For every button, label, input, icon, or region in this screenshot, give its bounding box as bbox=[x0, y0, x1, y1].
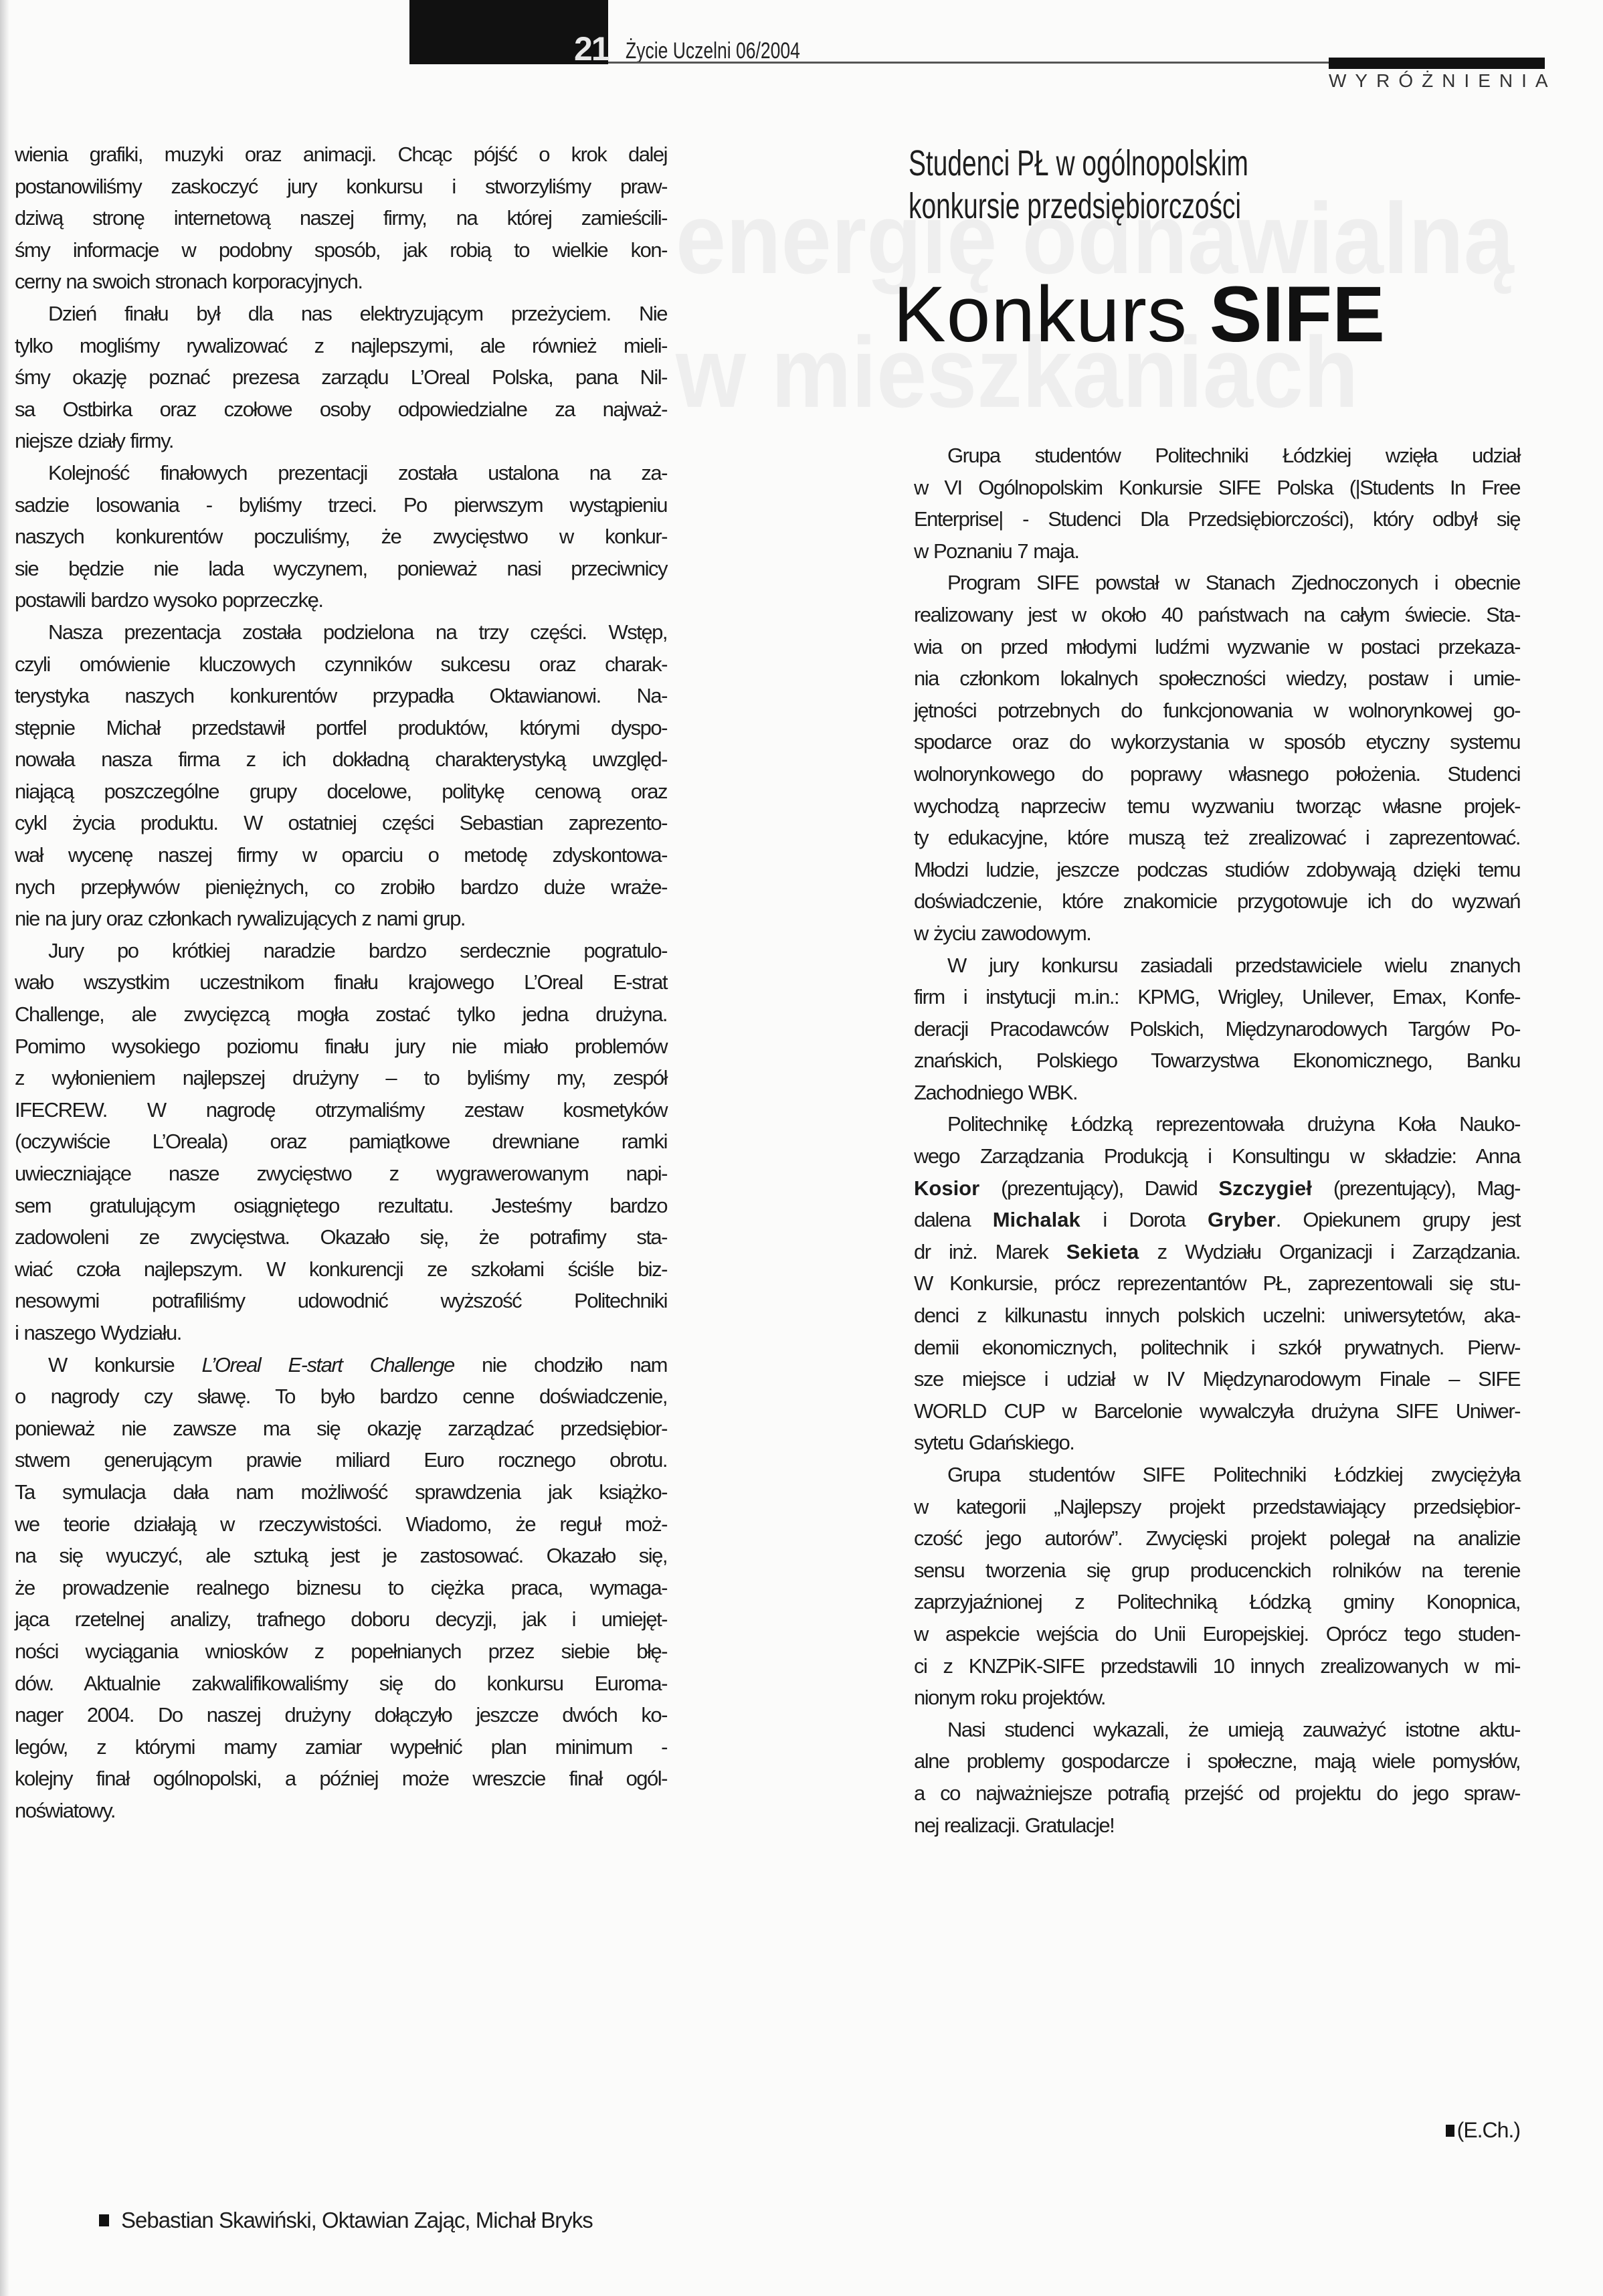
text-line: nesowymi potrafiliśmy udowodnić wyższość… bbox=[15, 1285, 667, 1317]
text-line: w Poznaniu 7 maja. bbox=[914, 535, 1520, 567]
text-line: alne problemy gospodarcze i społeczne, m… bbox=[914, 1745, 1520, 1777]
text-line: Program SIFE powstał w Stanach Zjednoczo… bbox=[914, 567, 1520, 599]
text-line: dów. Aktualnie zakwalifikowaliśmy się do… bbox=[15, 1668, 667, 1700]
article-paragraph: Grupa studentów Politechniki Łódzkiej wz… bbox=[914, 440, 1520, 567]
text-line: postanowiliśmy zaskoczyć jury konkursu i… bbox=[15, 171, 667, 203]
section-label: WYRÓŻNIENIA bbox=[1329, 71, 1545, 91]
text-line: wienia grafiki, muzyki oraz animacji. Ch… bbox=[15, 139, 667, 171]
text-line: nionym roku projektów. bbox=[914, 1682, 1520, 1714]
text-line: w VI Ogólnopolskim Konkursie SIFE Polska… bbox=[914, 472, 1520, 504]
headline-bold: SIFE bbox=[1210, 270, 1385, 359]
text-line: o nagrody czy sławę. To było bardzo cenn… bbox=[15, 1381, 667, 1413]
article-kicker: Studenci PŁ w ogólnopolskim konkursie pr… bbox=[909, 142, 1248, 228]
page-number: 21 bbox=[574, 32, 609, 66]
text-line: z wyłonieniem najlepszej drużyny – to by… bbox=[15, 1062, 667, 1094]
text-line: (oczywiście L’Oreala) oraz pamiątkowe dr… bbox=[15, 1126, 667, 1158]
text-line: Jury po krótkiej naradzie bardzo serdecz… bbox=[15, 935, 667, 967]
left-article-column: wienia grafiki, muzyki oraz animacji. Ch… bbox=[15, 139, 667, 1826]
text-line: Grupa studentów Politechniki Łódzkiej wz… bbox=[914, 440, 1520, 472]
text-line: nych przepływów pieniężnych, co zrobiło … bbox=[15, 871, 667, 903]
article-paragraph: Grupa studentów SIFE Politechniki Łódzki… bbox=[914, 1459, 1520, 1714]
text-line: we teorie działają w rzeczywistości. Wia… bbox=[15, 1508, 667, 1540]
signature-text: Sebastian Skawiński, Oktawian Zając, Mic… bbox=[121, 2208, 593, 2232]
article-headline: Konkurs SIFE bbox=[893, 274, 1385, 355]
text-line: Enterprise| - Studenci Dla Przedsiębiorc… bbox=[914, 503, 1520, 535]
text-line: zadowoleni ze zwycięstwa. Okazało się, ż… bbox=[15, 1221, 667, 1253]
bullet-square-icon bbox=[1446, 2125, 1454, 2137]
article-paragraph: Kolejność finałowych prezentacji została… bbox=[15, 457, 667, 616]
text-line: ności wyciągania wniosków z popełnianych… bbox=[15, 1636, 667, 1668]
text-line: sadzie losowania - byliśmy trzeci. Po pi… bbox=[15, 489, 667, 521]
text-line: realizowany jest w około 40 państwach na… bbox=[914, 599, 1520, 631]
text-line: Zachodniego WBK. bbox=[914, 1077, 1520, 1109]
bullet-square-icon bbox=[99, 2214, 109, 2226]
text-line: kolejny finał ogólnopolski, a później mo… bbox=[15, 1763, 667, 1795]
kicker-line-2: konkursie przedsiębiorczości bbox=[909, 185, 1248, 228]
text-line: znańskich, Polskiego Towarzystwa Ekonomi… bbox=[914, 1045, 1520, 1077]
text-line: nowała nasza firma z ich dokładną charak… bbox=[15, 743, 667, 776]
text-line: jętności potrzebnych do funkcjonowania w… bbox=[914, 695, 1520, 727]
text-line: nej realizacji. Gratulacje! bbox=[914, 1809, 1520, 1842]
text-line: spodarce oraz do wykorzystania w sposób … bbox=[914, 726, 1520, 758]
text-line: wia on przed młodymi ludźmi wyzwanie w p… bbox=[914, 631, 1520, 663]
text-line: denci z kilkunastu innych polskich uczel… bbox=[914, 1300, 1520, 1332]
text-line: sensu tworzenia się grup producenckich r… bbox=[914, 1555, 1520, 1587]
article-paragraph: W jury konkursu zasiadali przedstawiciel… bbox=[914, 950, 1520, 1109]
text-line: Ta symulacja dała nam możliwość sprawdze… bbox=[15, 1476, 667, 1508]
text-line: sem gratulującym osiągniętego rezultatu.… bbox=[15, 1190, 667, 1222]
headline-light: Konkurs bbox=[893, 270, 1188, 359]
text-line: jąca rzetelnej analizy, trafnego doboru … bbox=[15, 1603, 667, 1636]
text-line: na się wyuczyć, ale sztuką jest je zasto… bbox=[15, 1540, 667, 1572]
text-line: tylko mogliśmy rywalizować z najlepszymi… bbox=[15, 330, 667, 362]
text-line: Nasi studenci wykazali, że umieją zauważ… bbox=[914, 1714, 1520, 1746]
text-line: terystyka naszych konkurentów przypadła … bbox=[15, 680, 667, 712]
text-line: stępnie Michał przedstawił portfel produ… bbox=[15, 712, 667, 744]
text-line: wego Zarządzania Produkcją i Konsultingu… bbox=[914, 1140, 1520, 1172]
text-line: dr inż. Marek Sekieta z Wydziału Organiz… bbox=[914, 1236, 1520, 1268]
text-line: sze miejsce i udział w IV Międzynarodowy… bbox=[914, 1363, 1520, 1395]
text-line: doświadczenie, które znakomicie przygoto… bbox=[914, 885, 1520, 917]
text-line: wolnorynkowego do poprawy własnego położ… bbox=[914, 758, 1520, 790]
text-line: Młodzi ludzie, jeszcze podczas studiów z… bbox=[914, 854, 1520, 886]
text-line: Politechnikę Łódzką reprezentowała druży… bbox=[914, 1108, 1520, 1140]
text-line: niającą poszczególne grupy docelowe, pol… bbox=[15, 776, 667, 808]
text-line: śmy informacje w podobny sposób, jak rob… bbox=[15, 234, 667, 266]
text-line: sytetu Gdańskiego. bbox=[914, 1427, 1520, 1459]
text-line: WORLD CUP w Barcelonie wywalczyła drużyn… bbox=[914, 1395, 1520, 1427]
text-line: wał wycenę naszej firmy w oparciu o meto… bbox=[15, 839, 667, 871]
text-line: Kolejność finałowych prezentacji została… bbox=[15, 457, 667, 489]
text-line: W konkursie L’Oreal E-start Challenge ni… bbox=[15, 1349, 667, 1381]
text-line: Dzień finału był dla nas elektryzującym … bbox=[15, 298, 667, 330]
text-line: W Konkursie, prócz reprezentantów PŁ, za… bbox=[914, 1267, 1520, 1300]
text-line: w życiu zawodowym. bbox=[914, 917, 1520, 950]
text-line: cerny na swoich stronach korporacyjnych. bbox=[15, 266, 667, 298]
left-article-signature: Sebastian Skawiński, Oktawian Zając, Mic… bbox=[99, 2207, 593, 2234]
text-line: ponieważ nie zawsze ma się okazję zarząd… bbox=[15, 1413, 667, 1445]
text-line: ty edukacyjne, które muszą też zrealizow… bbox=[914, 822, 1520, 854]
text-line: firm i instytucji m.in.: KPMG, Wrigley, … bbox=[914, 981, 1520, 1013]
right-article-column: Grupa studentów Politechniki Łódzkiej wz… bbox=[914, 440, 1520, 1841]
text-line: w aspekcie wejścia do Unii Europejskiej.… bbox=[914, 1618, 1520, 1650]
text-line: sa Ostbirka oraz czołowe osoby odpowiedz… bbox=[15, 393, 667, 426]
text-line: zaprzyjaźnionej z Politechniką Łódzką gm… bbox=[914, 1586, 1520, 1618]
text-line: sie będzie nie lada wyczynem, ponieważ n… bbox=[15, 553, 667, 585]
text-line: wało wszystkim uczestnikom finału krajow… bbox=[15, 966, 667, 998]
text-line: legów, z którymi mamy zamiar wypełnić pl… bbox=[15, 1731, 667, 1763]
article-paragraph: wienia grafiki, muzyki oraz animacji. Ch… bbox=[15, 139, 667, 298]
text-line: a co najważniejsze potrafią przejść od p… bbox=[914, 1777, 1520, 1809]
text-line: czość jego autorów”. Zwycięski projekt p… bbox=[914, 1522, 1520, 1555]
text-line: noświatowy. bbox=[15, 1795, 667, 1827]
article-paragraph: W konkursie L’Oreal E-start Challenge ni… bbox=[15, 1349, 667, 1827]
text-line: postawili bardzo wysoko poprzeczkę. bbox=[15, 584, 667, 616]
text-line: nie na jury oraz członkach rywalizującyc… bbox=[15, 903, 667, 935]
article-paragraph: Jury po krótkiej naradzie bardzo serdecz… bbox=[15, 935, 667, 1349]
text-line: niejsze działy firmy. bbox=[15, 425, 667, 457]
article-paragraph: Nasi studenci wykazali, że umieją zauważ… bbox=[914, 1714, 1520, 1841]
text-line: cykl życia produktu. W ostatniej części … bbox=[15, 807, 667, 839]
right-article-signature: (E.Ch.) bbox=[1446, 2117, 1520, 2143]
text-line: wychodzą naprzeciw temu wyzwaniu tworząc… bbox=[914, 790, 1520, 822]
text-line: demii ekonomicznych, politechnik i szkół… bbox=[914, 1332, 1520, 1364]
text-line: deracji Pracodawców Polskich, Międzynaro… bbox=[914, 1013, 1520, 1045]
text-line: W jury konkursu zasiadali przedstawiciel… bbox=[914, 950, 1520, 982]
article-paragraph: Program SIFE powstał w Stanach Zjednoczo… bbox=[914, 567, 1520, 949]
text-line: dziwą stronę internetową naszej firmy, n… bbox=[15, 202, 667, 234]
text-line: nia członkom lokalnych społeczności wied… bbox=[914, 663, 1520, 695]
text-line: wiać czoła najlepszym. W konkurencji ze … bbox=[15, 1253, 667, 1286]
text-line: śmy okazję poznać prezesa zarządu L’Orea… bbox=[15, 361, 667, 393]
text-line: uwieczniające nasze zwycięstwo z wygrawe… bbox=[15, 1158, 667, 1190]
text-line: Pomimo wysokiego poziomu finału jury nie… bbox=[15, 1031, 667, 1063]
scan-edge-shadow bbox=[0, 0, 9, 2296]
text-line: ci z KNZPiK-SIFE przedstawili 10 innych … bbox=[914, 1650, 1520, 1682]
text-line: czyli omówienie kluczowych czynników suk… bbox=[15, 648, 667, 681]
text-line: i naszego Wydziału. bbox=[15, 1317, 667, 1349]
article-paragraph: Politechnikę Łódzką reprezentowała druży… bbox=[914, 1108, 1520, 1459]
author-initials: (E.Ch.) bbox=[1457, 2118, 1520, 2142]
text-line: nager 2004. Do naszej drużyny dołączyło … bbox=[15, 1699, 667, 1731]
article-paragraph: Nasza prezentacja została podzielona na … bbox=[15, 616, 667, 935]
text-line: IFECREW. W nagrodę otrzymaliśmy zestaw k… bbox=[15, 1094, 667, 1126]
text-line: Kosior (prezentujący), Dawid Szczygieł (… bbox=[914, 1172, 1520, 1205]
text-line: naszych konkurentów poczuliśmy, że zwyci… bbox=[15, 521, 667, 553]
section-bar bbox=[1329, 58, 1545, 69]
text-line: Challenge, ale zwycięzcą mogła zostać ty… bbox=[15, 998, 667, 1031]
text-line: stwem generującym prawie miliard Euro ro… bbox=[15, 1444, 667, 1476]
text-line: dalena Michalak i Dorota Gryber. Opiekun… bbox=[914, 1204, 1520, 1236]
article-paragraph: Dzień finału był dla nas elektryzującym … bbox=[15, 298, 667, 457]
text-line: że prowadzenie realnego biznesu to ciężk… bbox=[15, 1572, 667, 1604]
text-line: w kategorii „Najlepszy projekt przedstaw… bbox=[914, 1491, 1520, 1523]
magazine-title: Życie Uczelni 06/2004 bbox=[626, 39, 800, 63]
text-line: Nasza prezentacja została podzielona na … bbox=[15, 616, 667, 648]
text-line: Grupa studentów SIFE Politechniki Łódzki… bbox=[914, 1459, 1520, 1491]
kicker-line-1: Studenci PŁ w ogólnopolskim bbox=[909, 142, 1248, 185]
